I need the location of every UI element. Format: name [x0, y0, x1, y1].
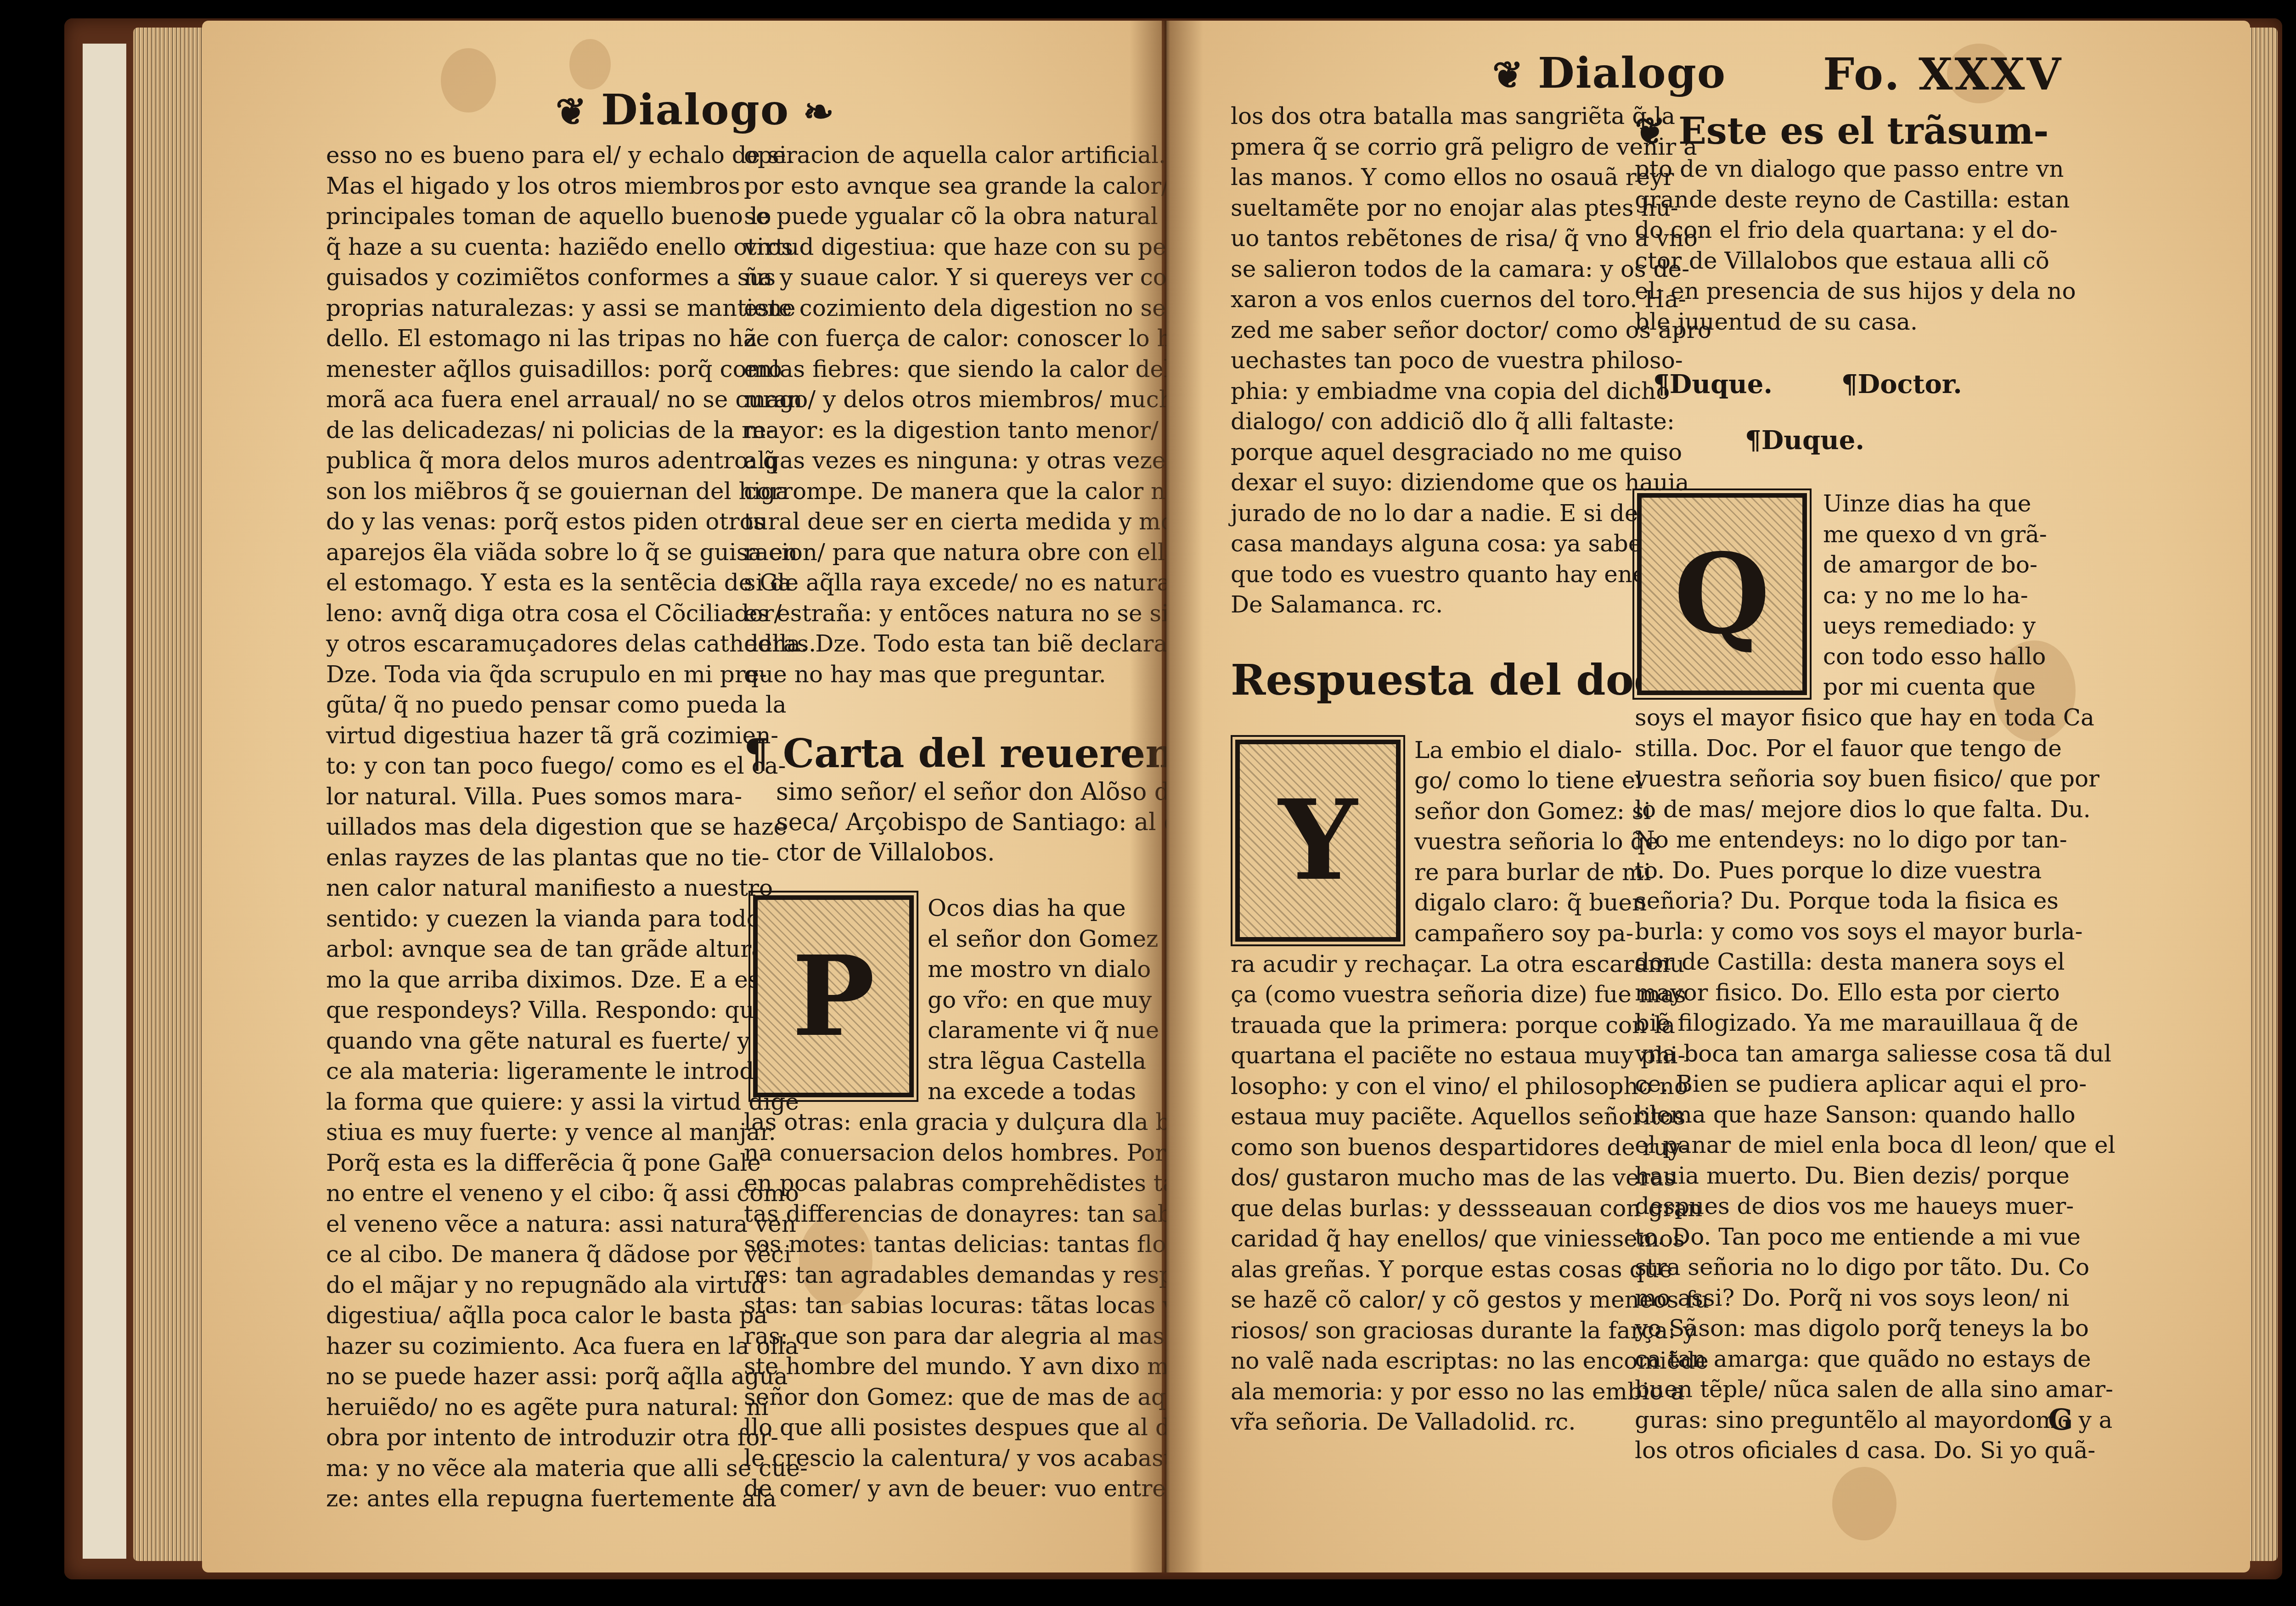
pilcrow-icon: ¶ [1841, 369, 1858, 399]
right-page: ❦ Dialogo Fo. XXXV los dos otra batalla … [1166, 21, 2250, 1572]
reply-heading: Respuesta del doctor. [1231, 657, 1621, 703]
pilcrow-icon: ¶ [1653, 369, 1670, 399]
left-column-1: esso no es bueno para el/ y echalo de si… [326, 140, 716, 1514]
endpaper [83, 44, 126, 1559]
page-edges-right [2245, 28, 2278, 1561]
signature-mark: G [2048, 1403, 2073, 1437]
pilcrow-icon: ¶ [744, 730, 783, 777]
woodcut-initial-y: Y [1235, 740, 1401, 942]
fleuron-icon: ❦ [1635, 109, 1678, 152]
speaker-label-duke: ¶Duque. [1653, 369, 1773, 400]
page-edges-left [133, 28, 202, 1561]
running-head: ❦ Dialogo ❧ [556, 85, 835, 135]
fleuron-icon: ❦ [1492, 53, 1538, 96]
running-head: ❦ Dialogo [1492, 48, 1726, 98]
folio-number: Fo. XXXV [1823, 48, 2063, 100]
right-column-2: ❦ Este es el trãsum- pto de vn dialogo q… [1635, 108, 2020, 1466]
speaker-label-doctor: ¶Doctor. [1841, 369, 1962, 400]
pilcrow-icon: ¶ [1745, 425, 1761, 455]
left-page: ❦ Dialogo ❧ esso no es bueno para el/ y … [202, 21, 1162, 1572]
fleuron-icon: ❧ [789, 90, 835, 133]
right-column-1: los dos otra batalla mas sangriẽta q̃ la… [1231, 101, 1621, 1438]
woodcut-initial-p: P [753, 895, 914, 1097]
book-gutter [1130, 21, 1203, 1572]
speaker-label-duke: ¶Duque. [1745, 425, 1864, 455]
fleuron-icon: ❦ [556, 90, 601, 133]
letter-heading: ¶ Carta del reuerendis [744, 731, 1125, 777]
woodcut-initial-q: Q [1637, 493, 1807, 695]
left-column-2: operacion de aquella calor artificial. E… [744, 140, 1125, 1504]
transcript-heading: ❦ Este es el trãsum- [1635, 108, 2020, 154]
